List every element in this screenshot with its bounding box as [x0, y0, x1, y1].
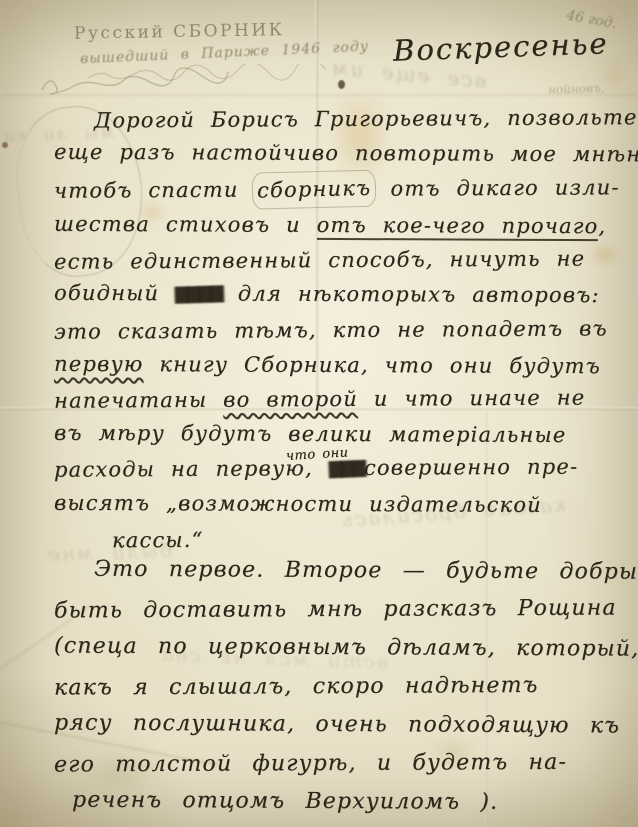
line-text: это сказать тѣмъ, кто не попадетъ въ	[54, 317, 608, 344]
underlined-phrase: отъ кое-чего прочаго	[317, 213, 599, 241]
line-text: рясу послушника, очень подходящую къ	[54, 711, 620, 739]
interlinear-insertion: что они	[285, 436, 350, 474]
line-text: (спеца по церковнымъ дѣламъ, который,	[54, 634, 638, 662]
line-text: книгу Сборника, что они будутъ	[143, 352, 600, 378]
pencil-boxed-word: сборникъ	[252, 170, 377, 210]
line-text: Это первое. Второе — будьте добры не за-	[94, 557, 638, 585]
line-text: есть единственный способъ, ничуть не	[54, 246, 585, 273]
line-text: обидный	[54, 281, 175, 306]
line-text: какъ я слышалъ, скоро надѣнетъ	[54, 672, 539, 700]
foxing-spot	[602, 58, 624, 92]
letter-line: какъ я слышалъ, скоро надѣнетъ	[54, 666, 624, 707]
line-text: для нѣкоторыхъ авторовъ:	[222, 282, 600, 308]
wavy-underlined-word: первую	[54, 352, 144, 376]
letter-line: напечатаны во второй и что иначе не	[54, 381, 624, 419]
letter-line: обидный ████ для нѣкоторыхъ авторовъ:	[54, 276, 624, 315]
line-text: чтобъ спасти	[54, 177, 255, 202]
line-text: кассы.“	[112, 528, 204, 553]
letter-line: (спеца по церковнымъ дѣламъ, который,	[54, 628, 624, 669]
letter-paragraph-1: Дорогой Борисъ Григорьевичъ, позвольте е…	[54, 102, 624, 556]
letter-line: Это первое. Второе — будьте добры не за-	[54, 551, 624, 592]
line-text: высятъ „возможности издательской	[54, 491, 542, 517]
letter-line: шества стиховъ и отъ кое-чего прочаго,	[54, 207, 624, 244]
line-text: еще разъ настойчиво повторить мое мнѣніе…	[54, 140, 638, 167]
faint-pencil-note: нойновъ,	[548, 81, 605, 97]
line-text: Дорогой Борисъ Григорьевичъ, позвольте	[94, 105, 638, 132]
line-text: и что иначе не	[358, 386, 586, 411]
letter-scan-page: все еще им мы ли ка казавъ бросилась был…	[0, 0, 638, 827]
letter-line: Дорогой Борисъ Григорьевичъ, позвольте	[54, 100, 624, 138]
line-text: реченъ отцомъ Верхуиломъ ).	[72, 788, 498, 815]
letter-line: есть единственный способъ, ничуть не	[54, 241, 624, 279]
line-text: ,	[598, 214, 606, 238]
line-text: напечатаны	[54, 388, 223, 413]
line-text: совершенно пре-	[364, 455, 578, 480]
line-text: отъ дикаго изли-	[374, 175, 619, 200]
line-text: шества стиховъ и	[54, 212, 317, 237]
letter-line: первую книгу Сборника, что они будутъ	[54, 347, 624, 384]
letter-line: реченъ отцомъ Верхуиломъ ).	[54, 782, 624, 823]
letter-line: высятъ „возможности издательской	[54, 486, 624, 523]
letter-line: чтобъ спасти сборникъ отъ дикаго изли-	[54, 169, 624, 210]
pencil-annotation-line1: Русский СБОРНИК	[74, 20, 285, 44]
letter-line: расходы на первую, ███совершенно пре-что…	[54, 449, 624, 489]
letter-line: еще разъ настойчиво повторить мое мнѣніе…	[54, 135, 624, 172]
letter-line: его толстой фигурѣ, и будетъ на-	[54, 743, 624, 784]
letter-heading-day: Воскресенье	[392, 26, 609, 68]
pencil-annotation-line2: вышедший в Париже 1946 году	[80, 39, 370, 68]
letter-line: быть доставить мнѣ разсказъ Рощина	[54, 589, 624, 630]
letter-line: рясу послушника, очень подходящую къ	[54, 705, 624, 746]
line-text: быть доставить мнѣ разсказъ Рощина	[54, 595, 617, 623]
pencil-scribble	[38, 64, 368, 98]
wavy-underlined-phrase: во второй	[223, 387, 358, 412]
letter-line: это сказать тѣмъ, кто не попадетъ въ	[54, 312, 624, 350]
letter-paragraph-2: Это первое. Второе — будьте добры не за-…	[54, 552, 624, 822]
crossed-out-word: ████	[175, 281, 223, 310]
line-text: его толстой фигурѣ, и будетъ на-	[54, 749, 567, 777]
